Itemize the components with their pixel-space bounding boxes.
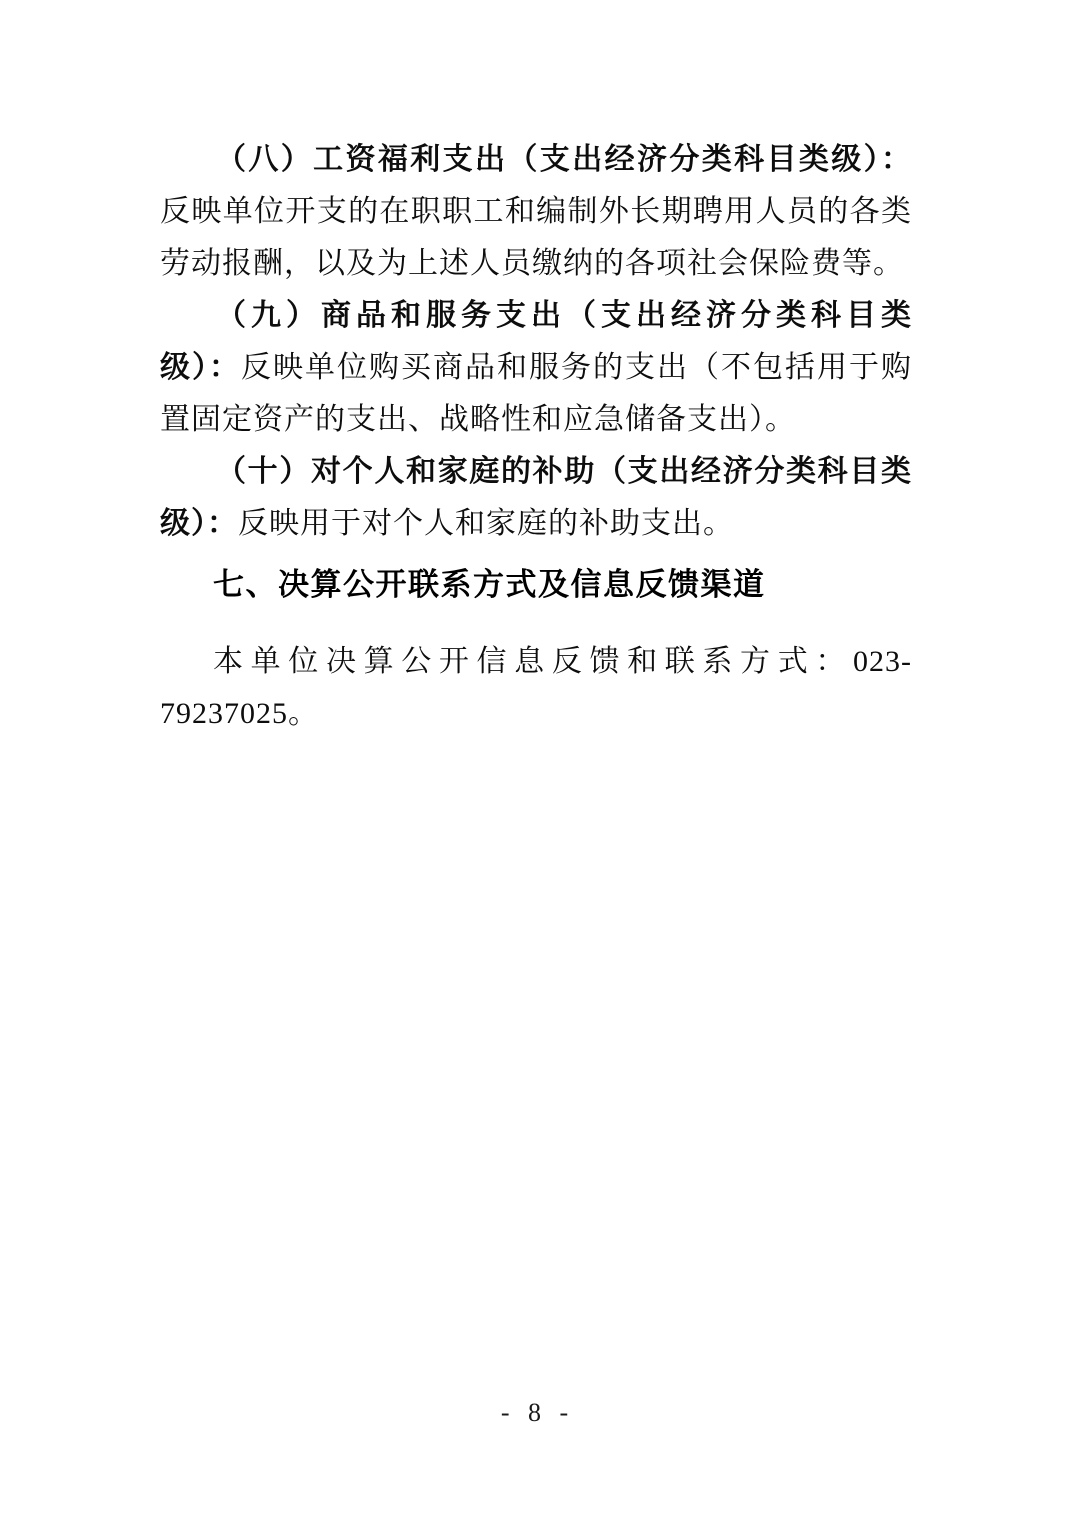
paragraph-item-9-text: 反映单位购买商品和服务的支出（不包括用于购置固定资产的支出、战略性和应急储备支出… (160, 351, 912, 436)
contact-paragraph: 本单位决算公开信息反馈和联系方式：023-79237025。 (160, 636, 912, 740)
paragraph-item-9: （九）商品和服务支出（支出经济分类科目类级）：反映单位购买商品和服务的支出（不包… (160, 290, 912, 446)
document-body: （八）工资福利支出（支出经济分类科目类级）：反映单位开支的在职职工和编制外长期聘… (160, 134, 912, 740)
page-number: - 8 - (501, 1398, 574, 1427)
paragraph-item-8-lead: （八）工资福利支出（支出经济分类科目类级）： (216, 143, 912, 176)
document-page: （八）工资福利支出（支出经济分类科目类级）：反映单位开支的在职职工和编制外长期聘… (0, 0, 1075, 1520)
paragraph-item-10: （十）对个人和家庭的补助（支出经济分类科目类级）：反映用于对个人和家庭的补助支出… (160, 446, 912, 550)
page-footer: - 8 - (0, 1398, 1075, 1428)
paragraph-item-8: （八）工资福利支出（支出经济分类科目类级）：反映单位开支的在职职工和编制外长期聘… (160, 134, 912, 290)
section-heading: 七、决算公开联系方式及信息反馈渠道 (160, 559, 912, 611)
paragraph-item-10-text: 反映用于对个人和家庭的补助支出。 (238, 507, 734, 540)
paragraph-item-8-text: 反映单位开支的在职职工和编制外长期聘用人员的各类劳动报酬，以及为上述人员缴纳的各… (160, 195, 912, 280)
